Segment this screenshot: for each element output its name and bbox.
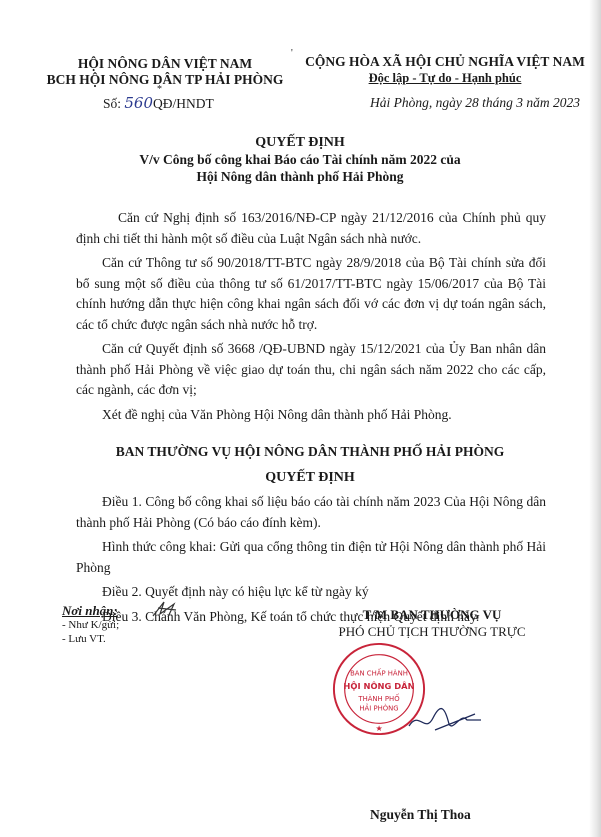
recipient-item: - Như K/gửi; [62,618,119,632]
signature-block: T/M BAN THƯỜNG VỤ PHÓ CHỦ TỊCH THƯỜNG TR… [302,606,562,640]
signature-line-1: T/M BAN THƯỜNG VỤ [302,606,562,623]
svg-text:HẢI PHÒNG: HẢI PHÒNG [359,704,398,713]
svg-text:THÀNH PHỐ: THÀNH PHỐ [357,693,400,703]
national-heading: CỘNG HÒA XÃ HỘI CHỦ NGHĨA VIỆT NAM Độc l… [295,54,595,86]
scan-edge [589,0,601,837]
svg-text:★: ★ [375,724,382,733]
title-heading: QUYẾT ĐỊNH [60,134,540,151]
document-title: QUYẾT ĐỊNH V/v Công bố công khai Báo cáo… [60,134,540,185]
handwritten-signature-icon [405,700,485,740]
issuing-organization: HỘI NÔNG DÂN VIỆT NAM BCH HỘI NÔNG DÂN T… [40,56,290,88]
title-subject-2: Hội Nông dân thành phố Hải Phòng [60,168,540,185]
preamble-paragraph: Căn cứ Quyết định số 3668 /QĐ-UBND ngày … [76,339,546,401]
document-page: HỘI NÔNG DÂN VIỆT NAM BCH HỘI NÔNG DÂN T… [0,0,601,837]
preamble: Căn cứ Nghị định số 163/2016/NĐ-CP ngày … [76,208,546,429]
org-line-2: BCH HỘI NÔNG DÂN TP HẢI PHÒNG [40,72,290,88]
preamble-paragraph: Xét đề nghị của Văn Phòng Hội Nông dân t… [76,405,546,426]
signer-name: Nguyễn Thị Thoa [370,807,471,823]
margin-mark: ' [291,48,293,59]
recipients: Nơi nhận: - Như K/gửi; - Lưu VT. [62,604,119,646]
title-subject-1: V/v Công bố công khai Báo cáo Tài chính … [60,151,540,168]
svg-text:HỘI NÔNG DÂN: HỘI NÔNG DÂN [343,680,414,691]
article-2: Điều 2. Quyết định này có hiệu lực kể từ… [76,582,546,603]
preamble-paragraph: Căn cứ Thông tư số 90/2018/TT-BTC ngày 2… [76,253,546,335]
country-name: CỘNG HÒA XÃ HỘI CHỦ NGHĨA VIỆT NAM [295,54,595,70]
authority-heading: BAN THƯỜNG VỤ HỘI NÔNG DÂN THÀNH PHỐ HẢI… [60,444,560,460]
handwritten-number: 560 [124,94,153,112]
national-motto: Độc lập - Tự do - Hạnh phúc [295,70,595,86]
svg-text:BAN CHẤP HÀNH: BAN CHẤP HÀNH [350,667,408,677]
article-1: Điều 1. Công bố công khai số liệu báo cá… [76,492,546,533]
recipients-label: Nơi nhận: [62,604,119,618]
document-number: Số: 560QĐ/HNDT [103,94,214,112]
org-line-1: HỘI NÔNG DÂN VIỆT NAM [40,56,290,72]
decision-heading: QUYẾT ĐỊNH [60,470,560,486]
place-and-date: Hải Phòng, ngày 28 tháng 3 năm 2023 [370,95,580,111]
publication-method: Hình thức công khai: Gửi qua cổng thông … [76,537,546,578]
initial-scribble-icon [150,598,180,620]
recipient-item: - Lưu VT. [62,632,119,646]
preamble-paragraph: Căn cứ Nghị định số 163/2016/NĐ-CP ngày … [76,208,546,249]
signature-line-2: PHÓ CHỦ TỊCH THƯỜNG TRỰC [302,623,562,640]
